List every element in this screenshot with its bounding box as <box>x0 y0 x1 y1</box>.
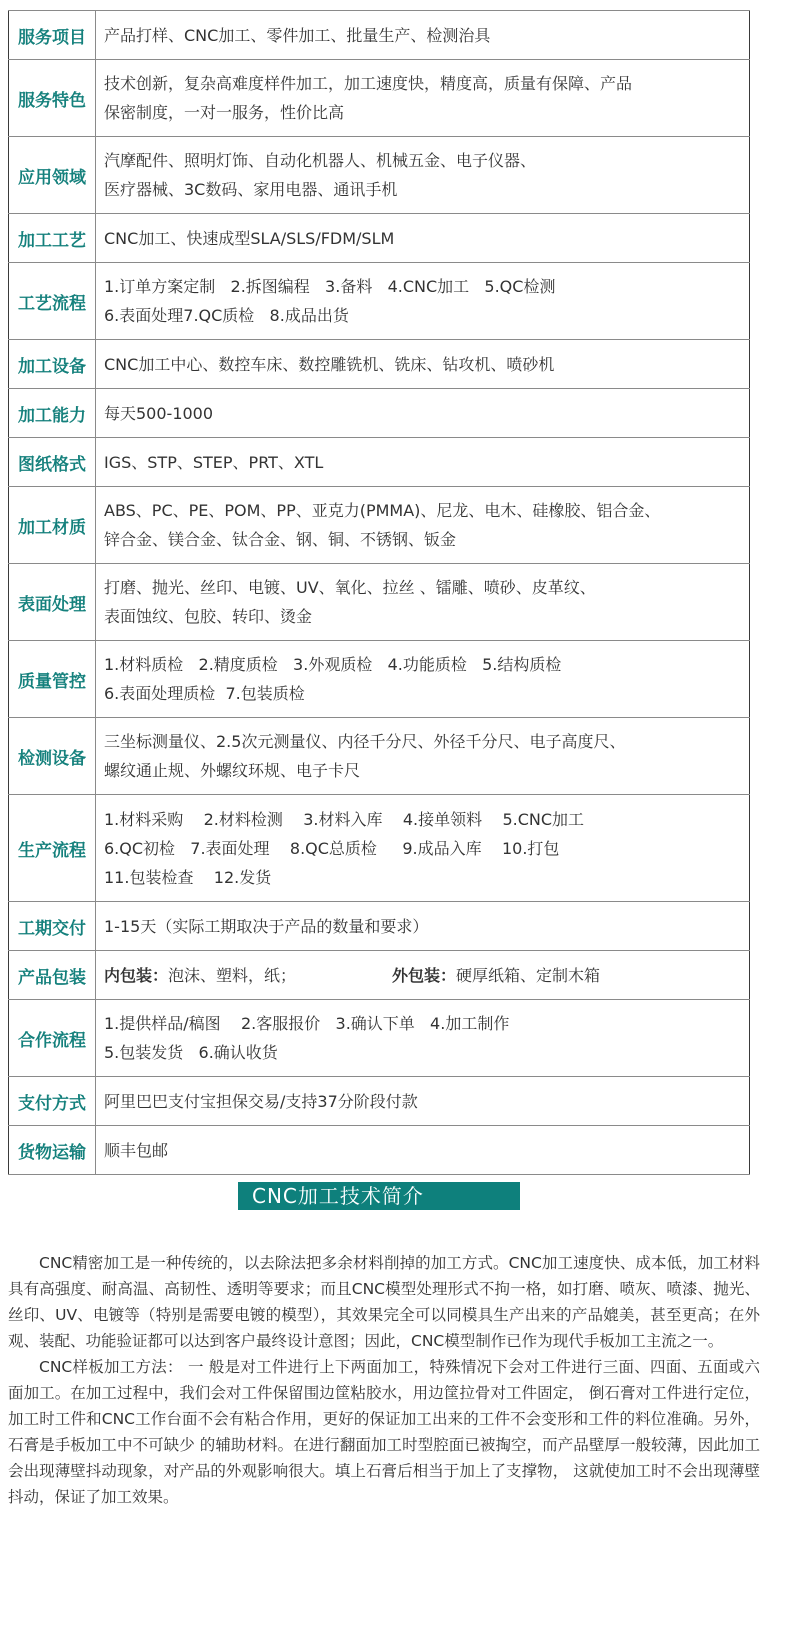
spec-label: 应用领域 <box>9 137 96 214</box>
section-title: CNC加工技术简介 <box>252 1184 424 1208</box>
spec-value: 三坐标测量仪、2.5次元测量仪、内径千分尺、外径千分尺、电子高度尺、螺纹通止规、… <box>96 718 750 795</box>
spec-label: 产品包装 <box>9 951 96 1000</box>
spec-label: 质量管控 <box>9 641 96 718</box>
spec-row: 加工工艺CNC加工、快速成型SLA/SLS/FDM/SLM <box>9 214 750 263</box>
packaging-outer-label: 外包装： <box>392 966 456 985</box>
spec-row: 工期交付1-15天（实际工期取决于产品的数量和要求） <box>9 902 750 951</box>
spec-label: 工期交付 <box>9 902 96 951</box>
spec-value-line: 保密制度，一对一服务，性价比高 <box>104 98 741 127</box>
spec-row: 表面处理打磨、抛光、丝印、电镀、UV、氧化、拉丝 、镭雕、喷砂、皮革纹、表面蚀纹… <box>9 564 750 641</box>
article-paragraph: CNC样板加工方法： 一 般是对工件进行上下两面加工，特殊情况下会对工件进行三面… <box>8 1354 760 1510</box>
spec-value-line: IGS、STP、STEP、PRT、XTL <box>104 448 741 477</box>
spec-value: 1-15天（实际工期取决于产品的数量和要求） <box>96 902 750 951</box>
spec-row: 货物运输顺丰包邮 <box>9 1126 750 1175</box>
spec-value-line: 11.包装检查 12.发货 <box>104 863 741 892</box>
spec-row: 服务项目产品打样、CNC加工、零件加工、批量生产、检测治具 <box>9 11 750 60</box>
article-paragraph: CNC精密加工是一种传统的，以去除法把多余材料削掉的加工方式。CNC加工速度快、… <box>8 1250 760 1354</box>
spec-label: 支付方式 <box>9 1077 96 1126</box>
spec-row: 合作流程1.提供样品/稿图 2.客服报价 3.确认下单 4.加工制作5.包装发货… <box>9 1000 750 1077</box>
spec-label: 工艺流程 <box>9 263 96 340</box>
spec-value: ABS、PC、PE、POM、PP、亚克力(PMMA)、尼龙、电木、硅橡胶、铝合金… <box>96 487 750 564</box>
spec-row: 加工设备CNC加工中心、数控车床、数控雕铣机、铣床、钻攻机、喷砂机 <box>9 340 750 389</box>
spec-value: CNC加工、快速成型SLA/SLS/FDM/SLM <box>96 214 750 263</box>
spec-value: CNC加工中心、数控车床、数控雕铣机、铣床、钻攻机、喷砂机 <box>96 340 750 389</box>
spec-value-line: 三坐标测量仪、2.5次元测量仪、内径千分尺、外径千分尺、电子高度尺、 <box>104 727 741 756</box>
spec-value-line: 6.QC初检 7.表面处理 8.QC总质检 9.成品入库 10.打包 <box>104 834 741 863</box>
spec-value: 1.订单方案定制 2.拆图编程 3.备料 4.CNC加工 5.QC检测6.表面处… <box>96 263 750 340</box>
spec-value-line: 顺丰包邮 <box>104 1136 741 1165</box>
spec-value-line: 阿里巴巴支付宝担保交易/支持37分阶段付款 <box>104 1087 741 1116</box>
spec-value: IGS、STP、STEP、PRT、XTL <box>96 438 750 487</box>
spec-label: 合作流程 <box>9 1000 96 1077</box>
spec-value: 技术创新，复杂高难度样件加工，加工速度快，精度高，质量有保障、产品保密制度，一对… <box>96 60 750 137</box>
spec-value: 1.材料采购 2.材料检测 3.材料入库 4.接单领料 5.CNC加工6.QC初… <box>96 795 750 902</box>
packaging-inner-label: 内包装： <box>104 966 168 985</box>
spec-value-line: 6.表面处理7.QC质检 8.成品出货 <box>104 301 741 330</box>
spec-row: 生产流程1.材料采购 2.材料检测 3.材料入库 4.接单领料 5.CNC加工6… <box>9 795 750 902</box>
spec-table-body: 服务项目产品打样、CNC加工、零件加工、批量生产、检测治具服务特色技术创新，复杂… <box>9 11 750 1175</box>
spec-row: 服务特色技术创新，复杂高难度样件加工，加工速度快，精度高，质量有保障、产品保密制… <box>9 60 750 137</box>
spec-label: 加工设备 <box>9 340 96 389</box>
spec-row: 质量管控1.材料质检 2.精度质检 3.外观质检 4.功能质检 5.结构质检6.… <box>9 641 750 718</box>
packaging-outer-value: 硬厚纸箱、定制木箱 <box>456 966 600 985</box>
spec-value-line: 1.材料质检 2.精度质检 3.外观质检 4.功能质检 5.结构质检 <box>104 650 741 679</box>
spec-value: 1.提供样品/稿图 2.客服报价 3.确认下单 4.加工制作5.包装发货 6.确… <box>96 1000 750 1077</box>
article: CNC精密加工是一种传统的，以去除法把多余材料削掉的加工方式。CNC加工速度快、… <box>8 1250 760 1510</box>
spec-label: 加工工艺 <box>9 214 96 263</box>
spec-value: 阿里巴巴支付宝担保交易/支持37分阶段付款 <box>96 1077 750 1126</box>
spec-value-line: 锌合金、镁合金、钛合金、钢、铜、不锈钢、钣金 <box>104 525 741 554</box>
spec-value: 顺丰包邮 <box>96 1126 750 1175</box>
spec-value: 每天500-1000 <box>96 389 750 438</box>
packaging-inner-value: 泡沫、塑料，纸； <box>168 966 296 985</box>
spec-value-line: ABS、PC、PE、POM、PP、亚克力(PMMA)、尼龙、电木、硅橡胶、铝合金… <box>104 496 741 525</box>
spec-value-line: 表面蚀纹、包胶、转印、烫金 <box>104 602 741 631</box>
spec-value-line: 产品打样、CNC加工、零件加工、批量生产、检测治具 <box>104 21 741 50</box>
spec-value-line: 螺纹通止规、外螺纹环规、电子卡尺 <box>104 756 741 785</box>
spec-row: 应用领域汽摩配件、照明灯饰、自动化机器人、机械五金、电子仪器、医疗器械、3C数码… <box>9 137 750 214</box>
spec-value: 产品打样、CNC加工、零件加工、批量生产、检测治具 <box>96 11 750 60</box>
spec-value: 1.材料质检 2.精度质检 3.外观质检 4.功能质检 5.结构质检6.表面处理… <box>96 641 750 718</box>
spec-value-line: CNC加工中心、数控车床、数控雕铣机、铣床、钻攻机、喷砂机 <box>104 350 741 379</box>
spec-value: 打磨、抛光、丝印、电镀、UV、氧化、拉丝 、镭雕、喷砂、皮革纹、表面蚀纹、包胶、… <box>96 564 750 641</box>
spec-value-line: 医疗器械、3C数码、家用电器、通讯手机 <box>104 175 741 204</box>
spec-row: 图纸格式IGS、STP、STEP、PRT、XTL <box>9 438 750 487</box>
spec-label: 货物运输 <box>9 1126 96 1175</box>
spec-value-line: 1.提供样品/稿图 2.客服报价 3.确认下单 4.加工制作 <box>104 1009 741 1038</box>
spec-label: 图纸格式 <box>9 438 96 487</box>
spec-label: 检测设备 <box>9 718 96 795</box>
spec-value-line: 5.包装发货 6.确认收货 <box>104 1038 741 1067</box>
spec-label: 加工能力 <box>9 389 96 438</box>
spec-value-line: CNC加工、快速成型SLA/SLS/FDM/SLM <box>104 224 741 253</box>
spec-label: 表面处理 <box>9 564 96 641</box>
spec-value: 汽摩配件、照明灯饰、自动化机器人、机械五金、电子仪器、医疗器械、3C数码、家用电… <box>96 137 750 214</box>
spec-row: 工艺流程1.订单方案定制 2.拆图编程 3.备料 4.CNC加工 5.QC检测6… <box>9 263 750 340</box>
spec-value-line: 汽摩配件、照明灯饰、自动化机器人、机械五金、电子仪器、 <box>104 146 741 175</box>
spec-value-line: 6.表面处理质检 7.包装质检 <box>104 679 741 708</box>
spec-value-line: 技术创新，复杂高难度样件加工，加工速度快，精度高，质量有保障、产品 <box>104 69 741 98</box>
spec-row: 支付方式阿里巴巴支付宝担保交易/支持37分阶段付款 <box>9 1077 750 1126</box>
spec-value-line: 1-15天（实际工期取决于产品的数量和要求） <box>104 912 741 941</box>
spec-row: 产品包装内包装：泡沫、塑料，纸；外包装：硬厚纸箱、定制木箱 <box>9 951 750 1000</box>
spec-label: 加工材质 <box>9 487 96 564</box>
spec-row: 加工材质ABS、PC、PE、POM、PP、亚克力(PMMA)、尼龙、电木、硅橡胶… <box>9 487 750 564</box>
spec-value: 内包装：泡沫、塑料，纸；外包装：硬厚纸箱、定制木箱 <box>96 951 750 1000</box>
spec-value-line: 1.订单方案定制 2.拆图编程 3.备料 4.CNC加工 5.QC检测 <box>104 272 741 301</box>
spec-value-line: 打磨、抛光、丝印、电镀、UV、氧化、拉丝 、镭雕、喷砂、皮革纹、 <box>104 573 741 602</box>
spec-label: 生产流程 <box>9 795 96 902</box>
spec-row: 检测设备三坐标测量仪、2.5次元测量仪、内径千分尺、外径千分尺、电子高度尺、螺纹… <box>9 718 750 795</box>
spec-value-line: 每天500-1000 <box>104 399 741 428</box>
spec-value-line: 1.材料采购 2.材料检测 3.材料入库 4.接单领料 5.CNC加工 <box>104 805 741 834</box>
section-title-banner: CNC加工技术简介 <box>238 1182 520 1210</box>
spec-label: 服务项目 <box>9 11 96 60</box>
spec-table: 服务项目产品打样、CNC加工、零件加工、批量生产、检测治具服务特色技术创新，复杂… <box>8 10 750 1175</box>
spec-label: 服务特色 <box>9 60 96 137</box>
spec-row: 加工能力每天500-1000 <box>9 389 750 438</box>
